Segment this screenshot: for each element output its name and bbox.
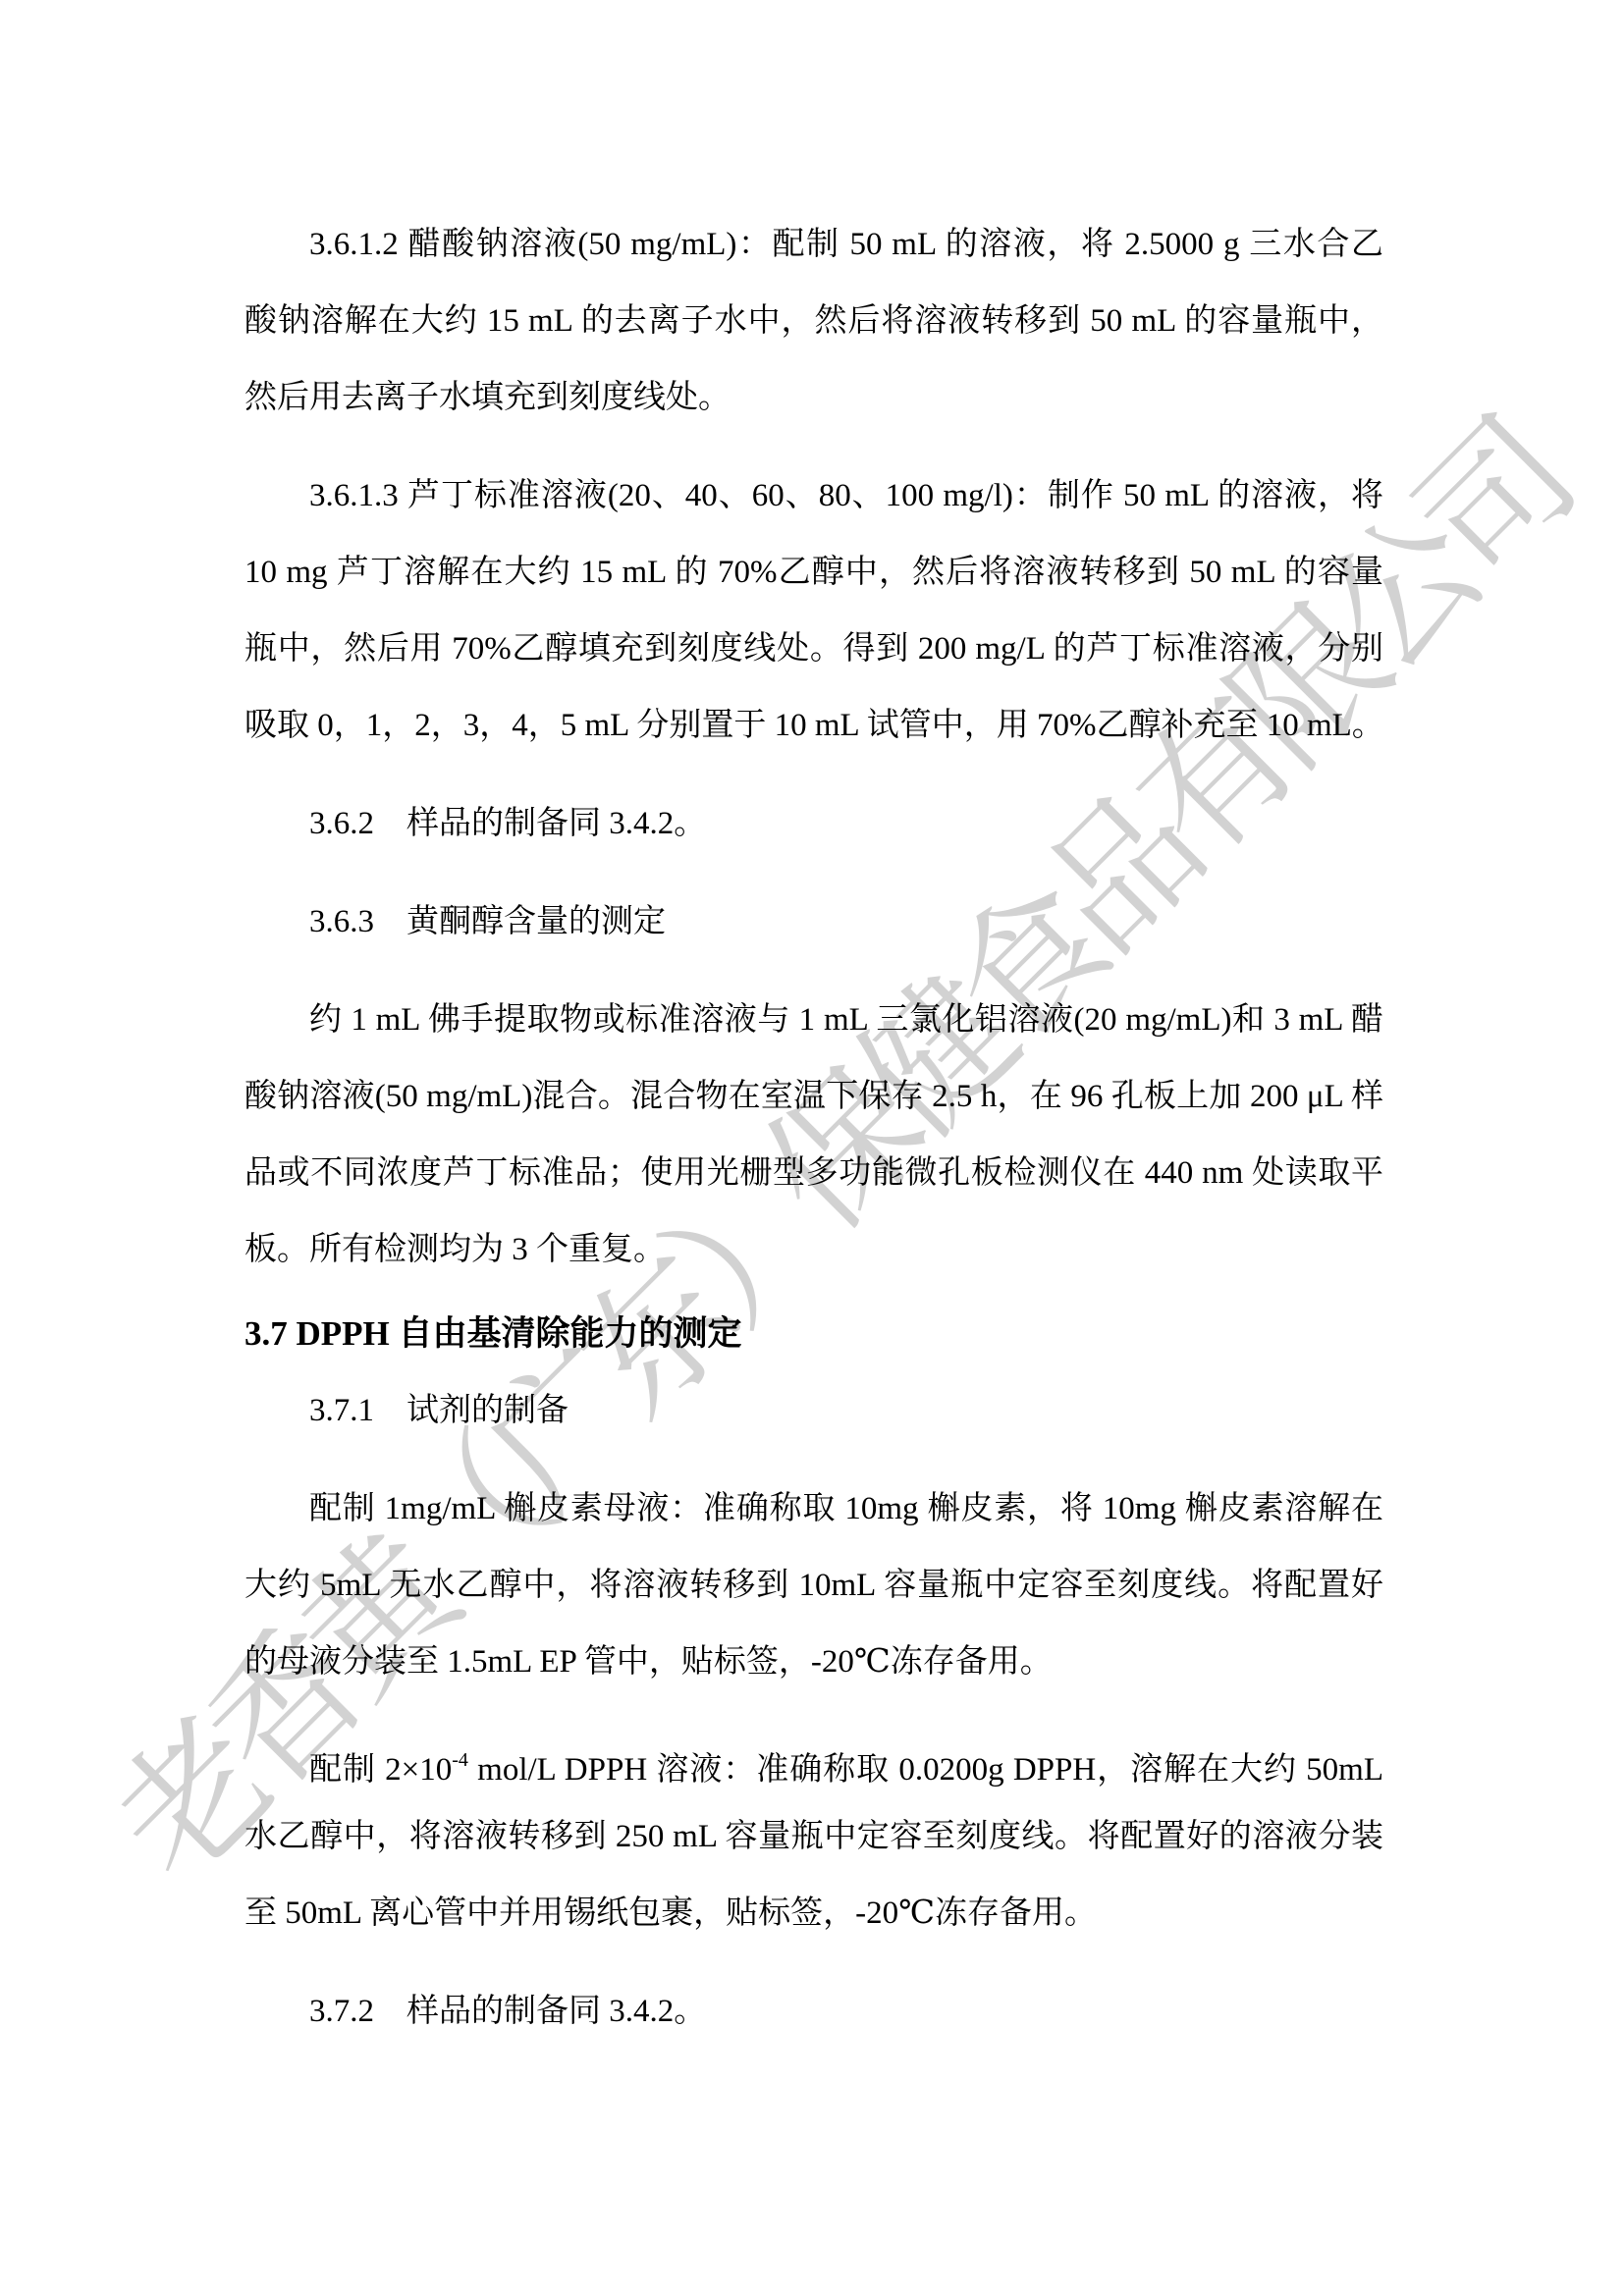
text-line: 3.6.3 黄酮醇含量的测定	[244, 883, 1383, 960]
text-line: 配制 1mg/mL 槲皮素母液：准确称取 10mg 槲皮素，将 10mg 槲皮素…	[244, 1470, 1383, 1547]
text-line: 配制 2×10-4 mol/L DPPH 溶液：准确称取 0.0200g DPP…	[244, 1722, 1383, 1798]
paragraph-section-3.6.3: 3.6.3 黄酮醇含量的测定	[244, 883, 1383, 960]
text-line: 3.6.1.3 芦丁标准溶液(20、40、60、80、100 mg/l)：制作 …	[244, 457, 1383, 534]
text-line: 大约 5mL 无水乙醇中，将溶液转移到 10mL 容量瓶中定容至刻度线。将配置好	[244, 1547, 1383, 1624]
text-line: 至 50mL 离心管中并用锡纸包裹，贴标签，-20℃冻存备用。	[244, 1875, 1383, 1951]
text-line: 瓶中，然后用 70%乙醇填充到刻度线处。得到 200 mg/L 的芦丁标准溶液，…	[244, 611, 1383, 687]
section-heading-3.7: 3.7 DPPH 自由基清除能力的测定	[244, 1296, 1383, 1372]
text-line: 品或不同浓度芦丁标准品；使用光栅型多功能微孔板检测仪在 440 nm 处读取平	[244, 1135, 1383, 1211]
text-line: 3.7.1 试剂的制备	[244, 1372, 1383, 1449]
paragraph-section-3.6.1.2: 3.6.1.2 醋酸钠溶液(50 mg/mL)：配制 50 mL 的溶液，将 2…	[244, 206, 1383, 436]
paragraph-quercetin-stock: 配制 1mg/mL 槲皮素母液：准确称取 10mg 槲皮素，将 10mg 槲皮素…	[244, 1470, 1383, 1700]
text-line: 酸钠溶解在大约 15 mL 的去离子水中，然后将溶液转移到 50 mL 的容量瓶…	[244, 283, 1383, 359]
text-line: 然后用去离子水填充到刻度线处。	[244, 359, 1383, 436]
paragraph-section-3.6.2: 3.6.2 样品的制备同 3.4.2。	[244, 785, 1383, 862]
text-line: 3.7.2 样品的制备同 3.4.2。	[244, 1973, 1383, 2050]
paragraph-section-3.7.2: 3.7.2 样品的制备同 3.4.2。	[244, 1973, 1383, 2050]
paragraph-dpph-solution: 配制 2×10-4 mol/L DPPH 溶液：准确称取 0.0200g DPP…	[244, 1722, 1383, 1951]
document-body: 3.6.1.2 醋酸钠溶液(50 mg/mL)：配制 50 mL 的溶液，将 2…	[244, 206, 1383, 2071]
text-line: 3.6.1.2 醋酸钠溶液(50 mg/mL)：配制 50 mL 的溶液，将 2…	[244, 206, 1383, 283]
text-line: 10 mg 芦丁溶解在大约 15 mL 的 70%乙醇中，然后将溶液转移到 50…	[244, 534, 1383, 611]
text-line: 酸钠溶液(50 mg/mL)混合。混合物在室温下保存 2.5 h，在 96 孔板…	[244, 1058, 1383, 1135]
document-page: 老香黄（广东）保健食品有限公司 3.6.1.2 醋酸钠溶液(50 mg/mL)：…	[0, 0, 1624, 2296]
text-line: 3.6.2 样品的制备同 3.4.2。	[244, 785, 1383, 862]
text-segment: 配制 2×10	[309, 1752, 452, 1788]
paragraph-section-3.7.1: 3.7.1 试剂的制备	[244, 1372, 1383, 1449]
paragraph-flavonol-assay: 约 1 mL 佛手提取物或标准溶液与 1 mL 三氯化铝溶液(20 mg/mL)…	[244, 982, 1383, 1288]
text-line: 的母液分装至 1.5mL EP 管中，贴标签，-20℃冻存备用。	[244, 1624, 1383, 1700]
text-line: 板。所有检测均为 3 个重复。	[244, 1211, 1383, 1288]
text-line: 约 1 mL 佛手提取物或标准溶液与 1 mL 三氯化铝溶液(20 mg/mL)…	[244, 982, 1383, 1058]
superscript-exponent: -4	[452, 1749, 468, 1771]
text-line: 水乙醇中，将溶液转移到 250 mL 容量瓶中定容至刻度线。将配置好的溶液分装	[244, 1798, 1383, 1875]
paragraph-section-3.6.1.3: 3.6.1.3 芦丁标准溶液(20、40、60、80、100 mg/l)：制作 …	[244, 457, 1383, 764]
text-line: 吸取 0，1，2，3，4，5 mL 分别置于 10 mL 试管中，用 70%乙醇…	[244, 687, 1383, 764]
